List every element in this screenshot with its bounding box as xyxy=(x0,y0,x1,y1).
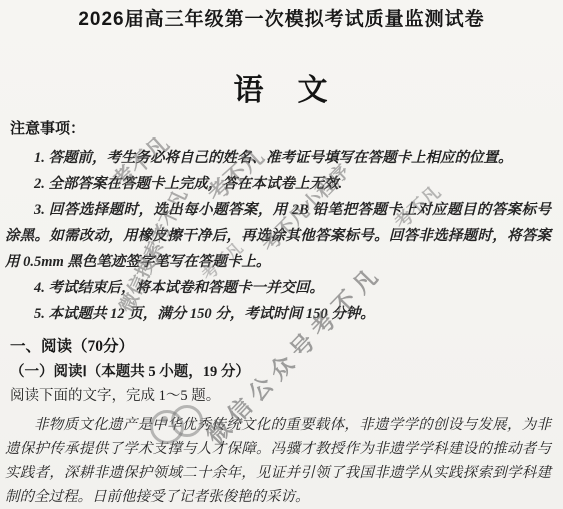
passage-intro-paragraph: 非物质文化遗产是中华优秀传统文化的重要载体，非遗学学的创设与发展，为非遗保护传承… xyxy=(0,413,563,509)
section-one-sub-heading: （一）阅读Ⅰ（本题共 5 小题，19 分） xyxy=(0,364,563,380)
subject-title: 语 文 xyxy=(0,74,563,108)
notice-item-1: 1. 答题前，考生务必将自己的姓名、准考证号填写在答题卡上相应的位置。 xyxy=(0,145,563,171)
notice-section: 注意事项： 1. 答题前，考生务必将自己的姓名、准考证号填写在答题卡上相应的位置… xyxy=(0,121,563,327)
notice-item-2: 2. 全部答案在答题卡上完成，答在本试卷上无效. xyxy=(0,171,563,197)
page-title: 2026届高三年级第一次模拟考试质量监测试卷 xyxy=(0,8,563,32)
notice-heading: 注意事项： xyxy=(0,121,563,138)
section-one-reading-heading: 一、阅读（70分） xyxy=(0,338,563,355)
notice-item-5: 5. 本试题共 12 页，满分 150 分，考试时间 150 分钟。 xyxy=(0,301,563,327)
reading-instruction: 阅读下面的文字，完成 1～5 题。 xyxy=(0,389,563,404)
notice-item-4: 4. 考试结束后，将本试卷和答题卡一并交回。 xyxy=(0,275,563,301)
notice-item-3: 3. 回答选择题时，选出每小题答案，用 2B 铅笔把答题卡上对应题目的答案标号涂… xyxy=(0,197,563,275)
exam-paper-page: 2026届高三年级第一次模拟考试质量监测试卷 语 文 注意事项： 1. 答题前，… xyxy=(0,0,563,509)
